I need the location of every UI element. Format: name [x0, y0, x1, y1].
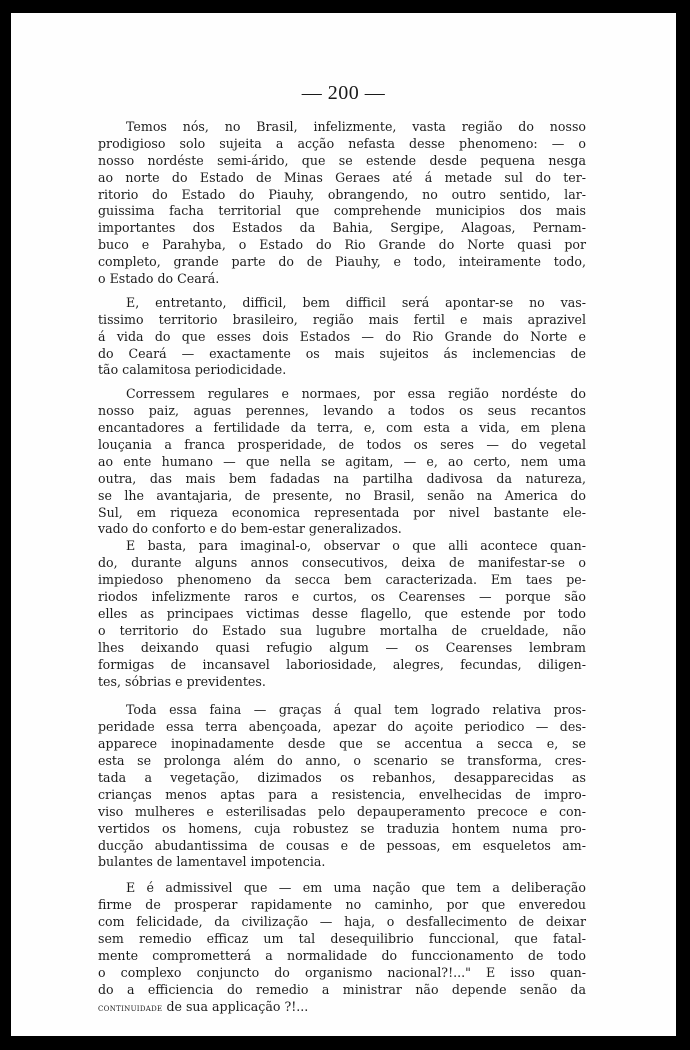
- text-line: prodigioso solo sujeita a acção nefasta …: [98, 136, 586, 153]
- text-line: o complexo conjuncto do organismo nacion…: [98, 965, 586, 982]
- text-line: formigas de incansavel laboriosidade, al…: [98, 657, 586, 674]
- text-line: nosso nordéste semi-árido, que se estend…: [98, 153, 586, 170]
- text-line: ao ente humano — que nella se agitam, — …: [98, 454, 586, 471]
- text-line: tão calamitosa periodicidade.: [98, 362, 586, 379]
- page-number: — 200 —: [11, 82, 676, 105]
- text-line: encantadores a fertilidade da terra, e, …: [98, 420, 586, 437]
- paragraph-4: E basta, para imaginal-o, observar o que…: [98, 538, 586, 690]
- body-text: Temos nós, no Brasil, infelizmente, vast…: [98, 119, 586, 1015]
- text-line: E, entretanto, difficil, bem difficil se…: [98, 295, 586, 312]
- text-line: apparece inopinadamente desde que se acc…: [98, 736, 586, 753]
- text-line: E basta, para imaginal-o, observar o que…: [98, 538, 586, 555]
- text-line: com felicidade, da civilização — haja, o…: [98, 914, 586, 931]
- paragraph-2: E, entretanto, difficil, bem difficil se…: [98, 295, 586, 379]
- text-line: do Ceará — exactamente os mais sujeitos …: [98, 346, 586, 363]
- text-line: outra, das mais bem fadadas na partilha …: [98, 471, 586, 488]
- text-line: importantes dos Estados da Bahia, Sergip…: [98, 220, 586, 237]
- text-line: completo, grande parte do de Piauhy, e t…: [98, 254, 586, 271]
- text-line: do, durante alguns annos consecutivos, d…: [98, 555, 586, 572]
- text-line: viso mulheres e esterilisadas pelo depau…: [98, 804, 586, 821]
- text-line: lhes deixando quasi refugio algum — os C…: [98, 640, 586, 657]
- paragraph-6: E é admissivel que — em uma nação que te…: [98, 880, 586, 1015]
- paragraph-3: Corressem regulares e normaes, por essa …: [98, 386, 586, 538]
- text-line: á vida do que esses dois Estados — do Ri…: [98, 329, 586, 346]
- text-line: ao norte do Estado de Minas Geraes até á…: [98, 170, 586, 187]
- text-line: o territorio do Estado sua lugubre morta…: [98, 623, 586, 640]
- text-fragment: de sua applicação ?!...: [162, 999, 308, 1014]
- text-line: ritorio do Estado do Piauhy, obrangendo,…: [98, 187, 586, 204]
- text-line: do a efficiencia do remedio a ministrar …: [98, 982, 586, 999]
- smallcaps-word: continuidade: [98, 1002, 162, 1014]
- text-line: Temos nós, no Brasil, infelizmente, vast…: [98, 119, 586, 136]
- text-line: tada a vegetação, dizimados os rebanhos,…: [98, 770, 586, 787]
- text-line: tes, sóbrias e previdentes.: [98, 674, 586, 691]
- paragraph-1: Temos nós, no Brasil, infelizmente, vast…: [98, 119, 586, 288]
- text-line: elles as principaes victimas desse flage…: [98, 606, 586, 623]
- text-line: riodos infelizmente raros e curtos, os C…: [98, 589, 586, 606]
- text-line: Toda essa faina — graças á qual tem logr…: [98, 702, 586, 719]
- text-line: crianças menos aptas para a resistencia,…: [98, 787, 586, 804]
- text-line: peridade essa terra abençoada, apezar do…: [98, 719, 586, 736]
- paragraph-5: Toda essa faina — graças á qual tem logr…: [98, 702, 586, 871]
- text-line: impiedoso phenomeno da secca bem caracte…: [98, 572, 586, 589]
- text-line: guissima facha territorial que comprehen…: [98, 203, 586, 220]
- text-line: louçania a franca prosperidade, de todos…: [98, 437, 586, 454]
- text-line: esta se prolonga além do anno, o scenari…: [98, 753, 586, 770]
- text-line: Sul, em riqueza economica representada p…: [98, 505, 586, 522]
- text-line: buco e Parahyba, o Estado do Rio Grande …: [98, 237, 586, 254]
- text-line: bulantes de lamentavel impotencia.: [98, 854, 586, 871]
- text-line: tissimo territorio brasileiro, região ma…: [98, 312, 586, 329]
- text-line: vertidos os homens, cuja robustez se tra…: [98, 821, 586, 838]
- text-line: sem remedio efficaz um tal desequilibrio…: [98, 931, 586, 948]
- text-line: mente comprometterá a normalidade do fun…: [98, 948, 586, 965]
- text-line: E é admissivel que — em uma nação que te…: [98, 880, 586, 897]
- text-line: continuidade de sua applicação ?!...: [98, 999, 586, 1016]
- text-line: o Estado do Ceará.: [98, 271, 586, 288]
- text-line: vado do conforto e do bem-estar generali…: [98, 521, 586, 538]
- document-page: — 200 — Temos nós, no Brasil, infelizmen…: [11, 13, 676, 1036]
- text-line: firme de prosperar rapidamente no caminh…: [98, 897, 586, 914]
- text-line: nosso paiz, aguas perennes, levando a to…: [98, 403, 586, 420]
- text-line: Corressem regulares e normaes, por essa …: [98, 386, 586, 403]
- text-line: se lhe avantajaria, de presente, no Bras…: [98, 488, 586, 505]
- text-line: ducção abudantissima de cousas e de pess…: [98, 838, 586, 855]
